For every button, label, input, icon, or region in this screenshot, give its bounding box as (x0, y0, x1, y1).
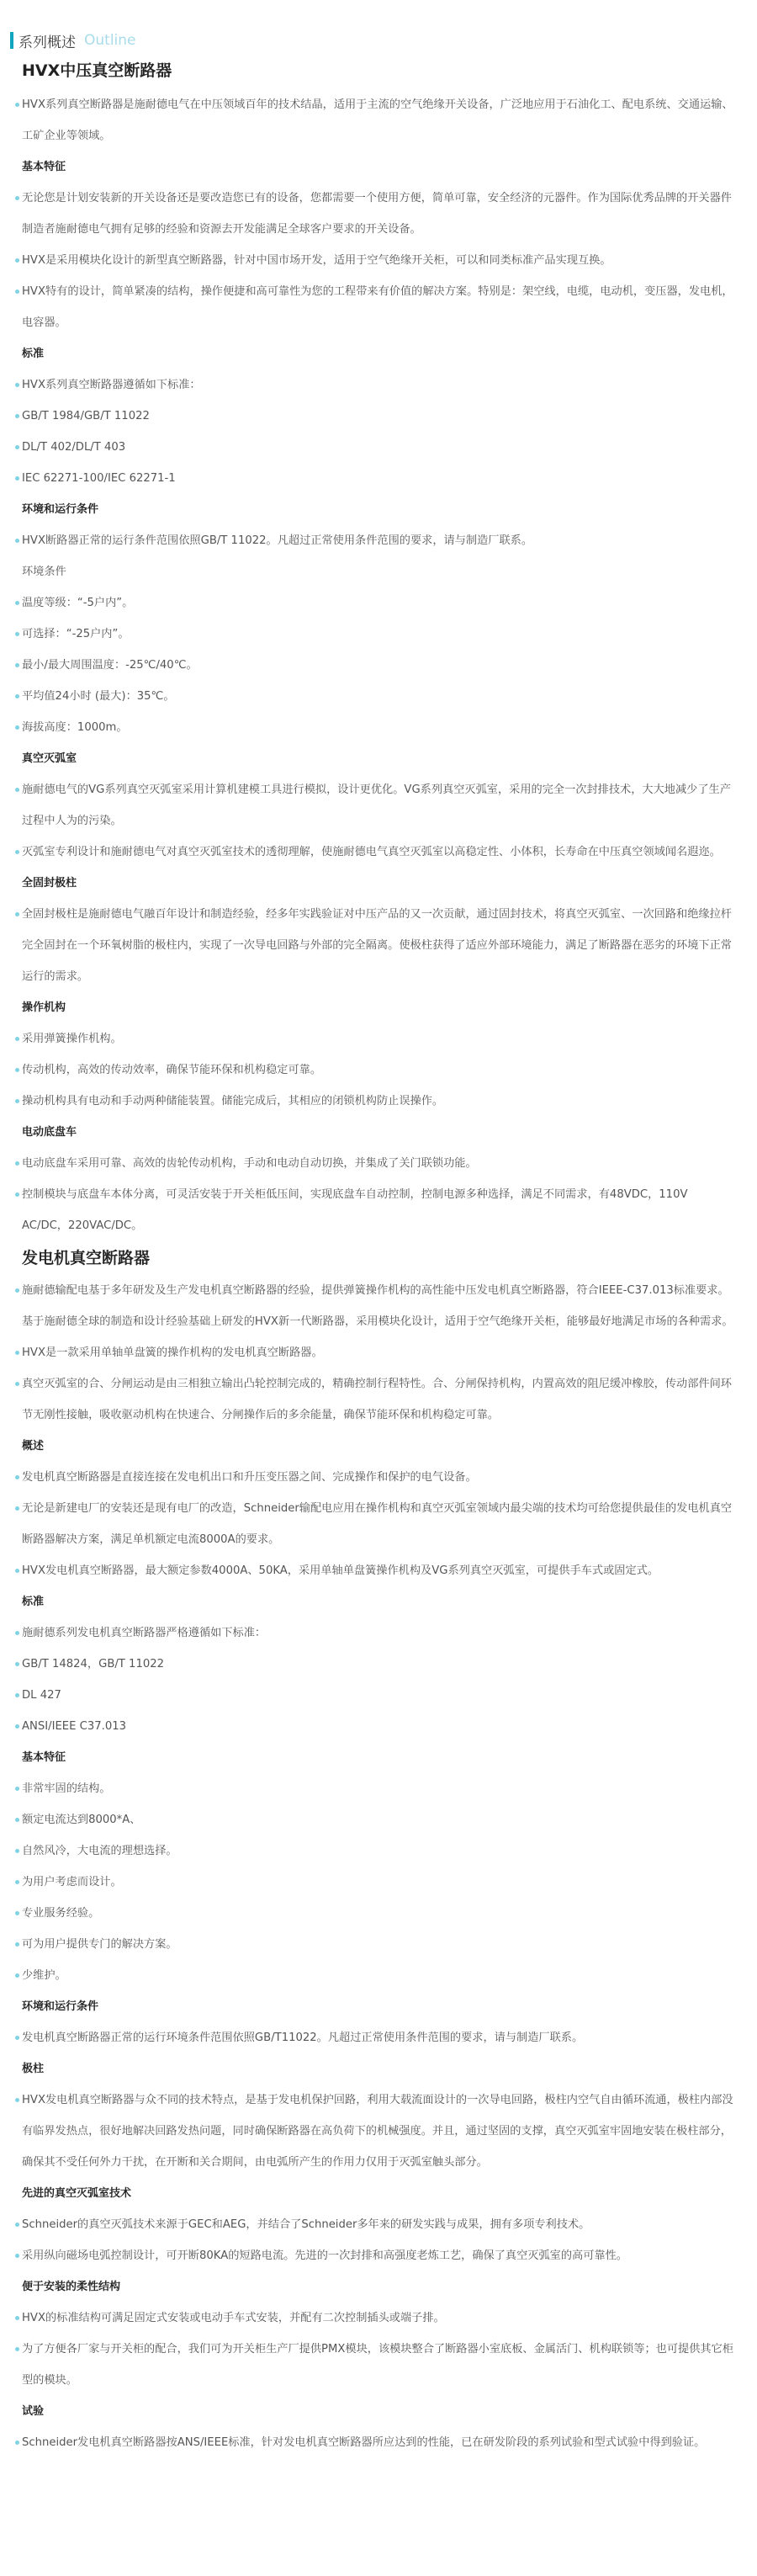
bullet-item: HVX特有的设计，简单紧凑的结构，操作便捷和高可靠性为您的工程带来有价值的解决方… (10, 276, 735, 338)
section-subtitle: 便于安装的柔性结构 (10, 2271, 735, 2302)
bullet-item: 无论您是计划安装新的开关设备还是要改造您已有的设备，您都需要一个使用方便，简单可… (10, 183, 735, 245)
bullet-item: 施耐德系列发电机真空断路器严格遵循如下标准： (10, 1617, 735, 1649)
bullet-item: HVX发电机真空断路器，最大额定参数4000A、50KA，采用单轴单盘簧操作机构… (10, 1555, 735, 1586)
section-subtitle: 环境和运行条件 (10, 494, 735, 525)
bullet-item: DL 427 (10, 1680, 735, 1711)
outline-page: 系列概述 Outline HVX中压真空断路器HVX系列真空断路器是施耐德电气在… (0, 0, 757, 2492)
bullet-item: 控制模块与底盘车本体分离，可灵活安装于开关柜低压间，实现底盘车自动控制，控制电源… (10, 1179, 735, 1241)
bullet-item: HVX系列真空断路器遵循如下标准： (10, 369, 735, 401)
bullet-item: 电动底盘车采用可靠、高效的齿轮传动机构，手动和电动自动切换，并集成了关门联锁功能… (10, 1148, 735, 1179)
bullet-item: 额定电流达到8000*A、 (10, 1804, 735, 1835)
bullet-item: HVX发电机真空断路器与众不同的技术特点，是基于发电机保护回路，利用大载流面设计… (10, 2085, 735, 2178)
intro-paragraph: HVX是一款采用单轴单盘簧的操作机构的发电机真空断路器。 (10, 1337, 735, 1368)
bullet-item: 传动机构，高效的传动效率，确保节能环保和机构稳定可靠。 (10, 1054, 735, 1086)
bullet-item: DL/T 402/DL/T 403 (10, 432, 735, 463)
bullet-item: GB/T 1984/GB/T 11022 (10, 401, 735, 432)
section-subtitle: 全固封极柱 (10, 868, 735, 899)
intro-paragraph: 真空灭弧室的合、分闸运动是由三相独立输出凸轮控制完成的，精确控制行程特性。合、分… (10, 1368, 735, 1431)
section-subtitle: 先进的真空灭弧室技术 (10, 2178, 735, 2209)
bullet-item: 发电机真空断路器是直接连接在发电机出口和升压变压器之间、完成操作和保护的电气设备… (10, 1462, 735, 1493)
bullet-item: 施耐德电气的VG系列真空灭弧室采用计算机建模工具进行模拟，设计更优化。VG系列真… (10, 774, 735, 837)
bullet-item: 自然风冷，大电流的理想选择。 (10, 1835, 735, 1867)
bullet-item: ANSI/IEEE C37.013 (10, 1711, 735, 1742)
intro-paragraph: HVX系列真空断路器是施耐德电气在中压领域百年的技术结晶，适用于主流的空气绝缘开… (10, 89, 735, 151)
bullet-item: 平均值24小时 (最大)：35℃。 (10, 681, 735, 712)
bullet-item: 灭弧室专利设计和施耐德电气对真空灭弧室技术的透彻理解，使施耐德电气真空灭弧室以高… (10, 837, 735, 868)
section-subtitle: 电动底盘车 (10, 1117, 735, 1148)
bullet-item: 无论是新建电厂的安装还是现有电厂的改造，Schneider输配电应用在操作机构和… (10, 1493, 735, 1555)
bullet-item: 采用纵向磁场电弧控制设计，可开断80KA的短路电流。先进的一次封排和高强度老炼工… (10, 2240, 735, 2271)
product-title: HVX中压真空断路器 (10, 52, 735, 89)
bullet-item: 非常牢固的结构。 (10, 1773, 735, 1804)
bullet-item: 可选择：“-25户内”。 (10, 619, 735, 650)
intro-paragraph: 施耐德输配电基于多年研发及生产发电机真空断路器的经验，提供弹簧操作机构的高性能中… (10, 1275, 735, 1337)
bullet-item: 可为用户提供专门的解决方案。 (10, 1929, 735, 1960)
section-subtitle: 真空灭弧室 (10, 743, 735, 774)
bullet-item: Schneider的真空灭弧技术来源于GEC和AEG，并结合了Schneider… (10, 2209, 735, 2240)
bullet-item: IEC 62271-100/IEC 62271-1 (10, 463, 735, 494)
section-subtitle: 概述 (10, 1431, 735, 1462)
bullet-item: 为了方便各厂家与开关柜的配合，我们可为开关柜生产厂提供PMX模块，该模块整合了断… (10, 2334, 735, 2396)
bullet-item: 为用户考虑而设计。 (10, 1867, 735, 1898)
accent-bar (10, 32, 13, 49)
bullet-item: GB/T 14824，GB/T 11022 (10, 1649, 735, 1680)
bullet-item: HVX断路器正常的运行条件范围依照GB/T 11022。凡超过正常使用条件范围的… (10, 525, 735, 556)
bullet-item: HVX是采用模块化设计的新型真空断路器，针对中国市场开发，适用于空气绝缘开关柜，… (10, 245, 735, 276)
section-subtitle: 试验 (10, 2396, 735, 2427)
section-subtitle: 标准 (10, 1586, 735, 1617)
bullet-item: 发电机真空断路器正常的运行环境条件范围依照GB/T11022。凡超过正常使用条件… (10, 2022, 735, 2053)
header-title-cn: 系列概述 (19, 30, 76, 51)
section-subtitle: 极柱 (10, 2053, 735, 2085)
plain-text: 环境条件 (10, 556, 735, 587)
bullet-item: HVX的标准结构可满足固定式安装或电动手车式安装，并配有二次控制插头或端子排。 (10, 2302, 735, 2334)
bullet-item: 操动机构具有电动和手动两种储能装置。储能完成后，其相应的闭锁机构防止误操作。 (10, 1086, 735, 1117)
section-subtitle: 标准 (10, 338, 735, 369)
bullet-item: 温度等级：“-5户内”。 (10, 587, 735, 619)
bullet-item: 海拔高度：1000m。 (10, 712, 735, 743)
product-title: 发电机真空断路器 (10, 1241, 735, 1275)
section-subtitle: 基本特征 (10, 1742, 735, 1773)
bullet-item: 全固封极柱是施耐德电气融百年设计和制造经验，经多年实践验证对中压产品的又一次贡献… (10, 899, 735, 992)
section-subtitle: 环境和运行条件 (10, 1991, 735, 2022)
bullet-item: Schneider发电机真空断路器按ANS/IEEE标准，针对发电机真空断路器所… (10, 2427, 735, 2458)
section-subtitle: 基本特征 (10, 151, 735, 183)
section-subtitle: 操作机构 (10, 992, 735, 1023)
section-header: 系列概述 Outline (10, 29, 735, 52)
bullet-item: 采用弹簧操作机构。 (10, 1023, 735, 1054)
bullet-item: 专业服务经验。 (10, 1898, 735, 1929)
content: HVX中压真空断路器HVX系列真空断路器是施耐德电气在中压领域百年的技术结晶，适… (10, 52, 735, 2458)
bullet-item: 少维护。 (10, 1960, 735, 1991)
bullet-item: 最小/最大周围温度：-25℃/40℃。 (10, 650, 735, 681)
header-title-en: Outline (84, 32, 136, 49)
